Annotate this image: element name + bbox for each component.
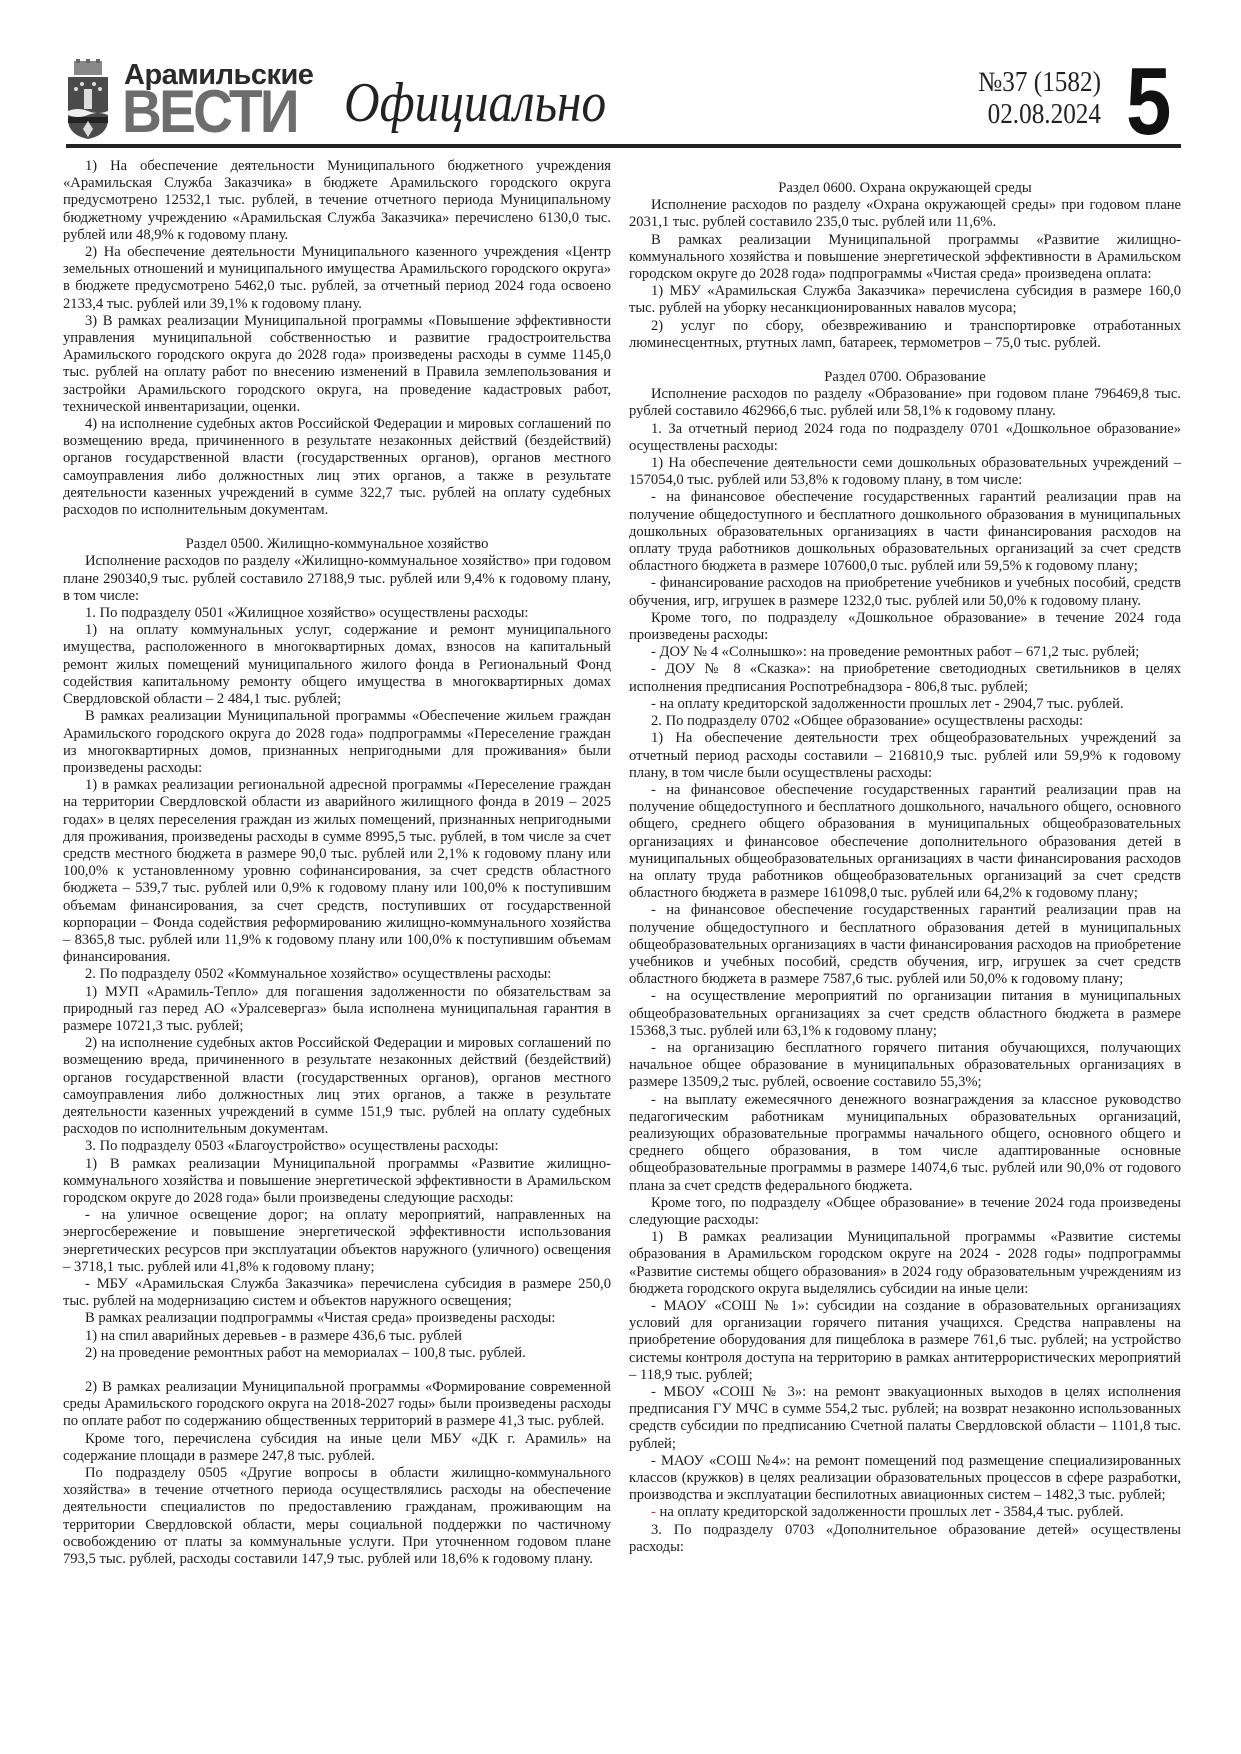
- paragraph: - ДОУ № 4 «Солнышко»: на проведение ремо…: [629, 644, 1181, 661]
- paragraph: - МБОУ «СОШ № 3»: на ремонт эвакуационны…: [629, 1384, 1181, 1453]
- page-number: 5: [1126, 47, 1171, 157]
- paragraph: 2. По подразделу 0502 «Коммунальное хозя…: [63, 966, 611, 983]
- section-title: Официально: [344, 71, 606, 135]
- section-heading: Раздел 0500. Жилищно-коммунальное хозяйс…: [63, 536, 611, 553]
- paragraph: 1) в рамках реализации региональной адре…: [63, 777, 611, 966]
- paragraph: 1. По подразделу 0501 «Жилищное хозяйств…: [63, 605, 611, 622]
- paragraph: Исполнение расходов по разделу «Жилищно-…: [63, 553, 611, 605]
- paragraph: - МАОУ «СОШ № 1»: субсидии на создание в…: [629, 1298, 1181, 1384]
- paragraph: 3. По подразделу 0703 «Дополнительное об…: [629, 1522, 1181, 1556]
- paragraph: 1) На обеспечение деятельности семи дошк…: [629, 455, 1181, 489]
- paragraph: 2) услуг по сбору, обезвреживанию и тран…: [629, 318, 1181, 352]
- paragraph: 2) на исполнение судебных актов Российск…: [63, 1035, 611, 1138]
- section-heading: Раздел 0600. Охрана окружающей среды: [629, 180, 1181, 197]
- paragraph: 1) На обеспечение деятельности трех обще…: [629, 730, 1181, 782]
- paragraph: 1) В рамках реализации Муниципальной про…: [63, 1156, 611, 1208]
- paragraph: - на оплату кредиторской задолженности п…: [629, 696, 1181, 713]
- paragraph: По подразделу 0505 «Другие вопросы в обл…: [63, 1465, 611, 1568]
- paragraph: - МАОУ «СОШ №4»: на ремонт помещений под…: [629, 1453, 1181, 1505]
- paragraph: 3. По подразделу 0503 «Благоустройство» …: [63, 1138, 611, 1155]
- paragraph: - на организацию бесплатного горячего пи…: [629, 1040, 1181, 1092]
- paragraph: 2) На обеспечение деятельности Муниципал…: [63, 244, 611, 313]
- masthead: Арамильские ВЕСТИ Официально №37 (1582) …: [66, 55, 1181, 145]
- right-column: Раздел 0600. Охрана окружающей средыИспо…: [629, 178, 1181, 1556]
- paragraph: 1) В рамках реализации Муниципальной про…: [629, 1229, 1181, 1298]
- paragraph: 2. По подразделу 0702 «Общее образование…: [629, 713, 1181, 730]
- paragraph: - на финансовое обеспечение государствен…: [629, 489, 1181, 575]
- paragraph: Кроме того, по подразделу «Общее образов…: [629, 1195, 1181, 1229]
- paragraph: 1) МБУ «Арамильская Служба Заказчика» пе…: [629, 283, 1181, 317]
- paragraph: 1) на спил аварийных деревьев - в размер…: [63, 1328, 611, 1345]
- left-column: 1) На обеспечение деятельности Муниципал…: [63, 158, 611, 1568]
- paragraph: Кроме того, перечислена субсидия на иные…: [63, 1431, 611, 1465]
- logo-title: ВЕСТИ: [122, 83, 297, 141]
- paragraph: В рамках реализации подпрограммы «Чистая…: [63, 1310, 611, 1327]
- paragraph-text: на оплату кредиторской задолженности про…: [656, 1504, 1124, 1520]
- issue-info: №37 (1582) 02.08.2024: [903, 67, 1101, 131]
- paragraph: 2) на проведение ремонтных работ на мемо…: [63, 1345, 611, 1362]
- paragraph: - на оплату кредиторской задолженности п…: [629, 1504, 1181, 1521]
- coat-of-arms-icon: [66, 59, 110, 139]
- paragraph: Кроме того, по подразделу «Дошкольное об…: [629, 610, 1181, 644]
- section-heading: Раздел 0700. Образование: [629, 369, 1181, 386]
- paragraph: - на финансовое обеспечение государствен…: [629, 902, 1181, 988]
- paragraph: 1) На обеспечение деятельности Муниципал…: [63, 158, 611, 244]
- issue-date: 02.08.2024: [903, 99, 1101, 131]
- paragraph: - на осуществление мероприятий по органи…: [629, 988, 1181, 1040]
- paragraph: - ДОУ № 8 «Сказка»: на приобретение свет…: [629, 661, 1181, 695]
- header-rule: [66, 144, 1181, 148]
- paragraph: 1) МУП «Арамиль-Тепло» для погашения зад…: [63, 984, 611, 1036]
- paragraph: - на финансовое обеспечение государствен…: [629, 782, 1181, 902]
- paragraph: 3) В рамках реализации Муниципальной про…: [63, 313, 611, 416]
- paragraph: В рамках реализации Муниципальной програ…: [63, 708, 611, 777]
- paragraph: Исполнение расходов по разделу «Охрана о…: [629, 197, 1181, 231]
- paragraph: 4) на исполнение судебных актов Российск…: [63, 416, 611, 519]
- issue-number: №37 (1582): [903, 67, 1101, 99]
- paragraph: 1) на оплату коммунальных услуг, содержа…: [63, 622, 611, 708]
- paragraph: - на уличное освещение дорог; на оплату …: [63, 1207, 611, 1276]
- paragraph: - МБУ «Арамильская Служба Заказчика» пер…: [63, 1276, 611, 1310]
- paragraph: - на выплату ежемесячного денежного возн…: [629, 1092, 1181, 1195]
- paragraph: Исполнение расходов по разделу «Образова…: [629, 386, 1181, 420]
- paragraph: - финансирование расходов на приобретени…: [629, 575, 1181, 609]
- paragraph: 2) В рамках реализации Муниципальной про…: [63, 1379, 611, 1431]
- paragraph: В рамках реализации Муниципальной програ…: [629, 232, 1181, 284]
- paragraph: 1. За отчетный период 2024 года по подра…: [629, 421, 1181, 455]
